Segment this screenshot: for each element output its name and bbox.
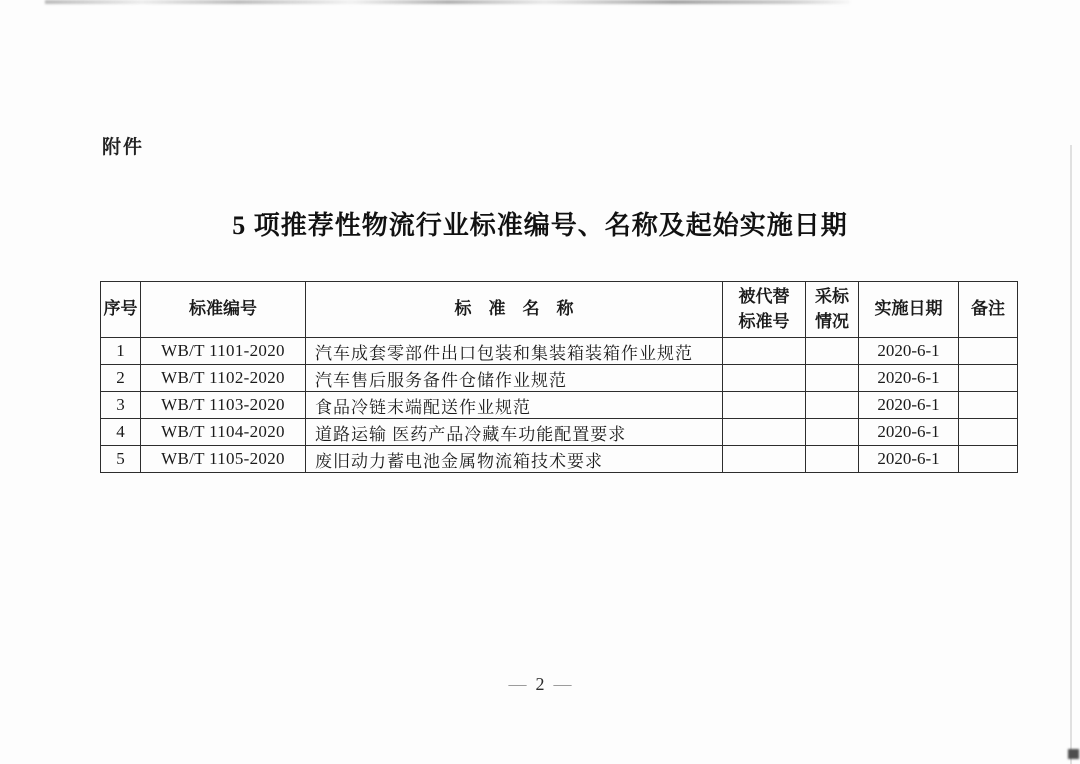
cell-replaced-no <box>723 446 806 473</box>
table-row: 5WB/T 1105-2020废旧动力蓄电池金属物流箱技术要求2020-6-1 <box>101 446 1018 473</box>
header-standard-name: 标 准 名 称 <box>306 282 723 338</box>
cell-replaced-no <box>723 365 806 392</box>
cell-index: 5 <box>101 446 141 473</box>
cell-index: 4 <box>101 419 141 446</box>
cell-adoption <box>806 392 859 419</box>
cell-standard-no: WB/T 1103-2020 <box>141 392 306 419</box>
cell-adoption <box>806 446 859 473</box>
table-header-row: 序号 标准编号 标 准 名 称 被代替 标准号 采标 情况 实施日期 备注 <box>101 282 1018 338</box>
cell-impl-date: 2020-6-1 <box>859 446 959 473</box>
cell-remarks <box>959 392 1018 419</box>
header-replaced-no-line1: 被代替 <box>723 285 805 310</box>
scan-top-smudge <box>45 0 850 4</box>
cell-remarks <box>959 338 1018 365</box>
cell-adoption <box>806 365 859 392</box>
header-impl-date: 实施日期 <box>859 282 959 338</box>
cell-standard-no: WB/T 1104-2020 <box>141 419 306 446</box>
page-number-value: 2 <box>536 674 545 694</box>
page-number-left-dash: — <box>500 674 536 694</box>
header-index: 序号 <box>101 282 141 338</box>
table-row: 4WB/T 1104-2020道路运输 医药产品冷藏车功能配置要求2020-6-… <box>101 419 1018 446</box>
page-number-right-dash: — <box>545 674 581 694</box>
cell-impl-date: 2020-6-1 <box>859 338 959 365</box>
cell-impl-date: 2020-6-1 <box>859 419 959 446</box>
cell-standard-name: 道路运输 医药产品冷藏车功能配置要求 <box>306 419 723 446</box>
attachment-label: 附件 <box>102 132 144 159</box>
cell-standard-name: 汽车成套零部件出口包装和集装箱装箱作业规范 <box>306 338 723 365</box>
cell-remarks <box>959 365 1018 392</box>
cell-remarks <box>959 419 1018 446</box>
header-adoption-line2: 情况 <box>806 310 858 335</box>
header-replaced-no: 被代替 标准号 <box>723 282 806 338</box>
standards-table: 序号 标准编号 标 准 名 称 被代替 标准号 采标 情况 实施日期 备注 1W… <box>100 281 1018 473</box>
cell-standard-name: 食品冷链末端配送作业规范 <box>306 392 723 419</box>
header-adoption-line1: 采标 <box>806 285 858 310</box>
table-row: 1WB/T 1101-2020汽车成套零部件出口包装和集装箱装箱作业规范2020… <box>101 338 1018 365</box>
cell-replaced-no <box>723 419 806 446</box>
cell-impl-date: 2020-6-1 <box>859 392 959 419</box>
cell-impl-date: 2020-6-1 <box>859 365 959 392</box>
cell-standard-no: WB/T 1101-2020 <box>141 338 306 365</box>
cell-index: 3 <box>101 392 141 419</box>
header-remarks: 备注 <box>959 282 1018 338</box>
cell-replaced-no <box>723 338 806 365</box>
cell-standard-name: 废旧动力蓄电池金属物流箱技术要求 <box>306 446 723 473</box>
cell-adoption <box>806 419 859 446</box>
page-number: —2— <box>0 674 1080 695</box>
cell-standard-no: WB/T 1105-2020 <box>141 446 306 473</box>
header-standard-no: 标准编号 <box>141 282 306 338</box>
table-body: 1WB/T 1101-2020汽车成套零部件出口包装和集装箱装箱作业规范2020… <box>101 338 1018 473</box>
cell-standard-no: WB/T 1102-2020 <box>141 365 306 392</box>
scan-corner-mark <box>1068 749 1079 759</box>
cell-remarks <box>959 446 1018 473</box>
document-title: 5 项推荐性物流行业标准编号、名称及起始实施日期 <box>0 205 1080 242</box>
table-row: 3WB/T 1103-2020食品冷链末端配送作业规范2020-6-1 <box>101 392 1018 419</box>
header-replaced-no-line2: 标准号 <box>723 310 805 335</box>
cell-index: 2 <box>101 365 141 392</box>
cell-replaced-no <box>723 392 806 419</box>
cell-adoption <box>806 338 859 365</box>
table-row: 2WB/T 1102-2020汽车售后服务备件仓储作业规范2020-6-1 <box>101 365 1018 392</box>
cell-index: 1 <box>101 338 141 365</box>
scanned-document-page: 附件 5 项推荐性物流行业标准编号、名称及起始实施日期 序号 标准编号 标 准 … <box>0 0 1080 764</box>
cell-standard-name: 汽车售后服务备件仓储作业规范 <box>306 365 723 392</box>
header-adoption: 采标 情况 <box>806 282 859 338</box>
